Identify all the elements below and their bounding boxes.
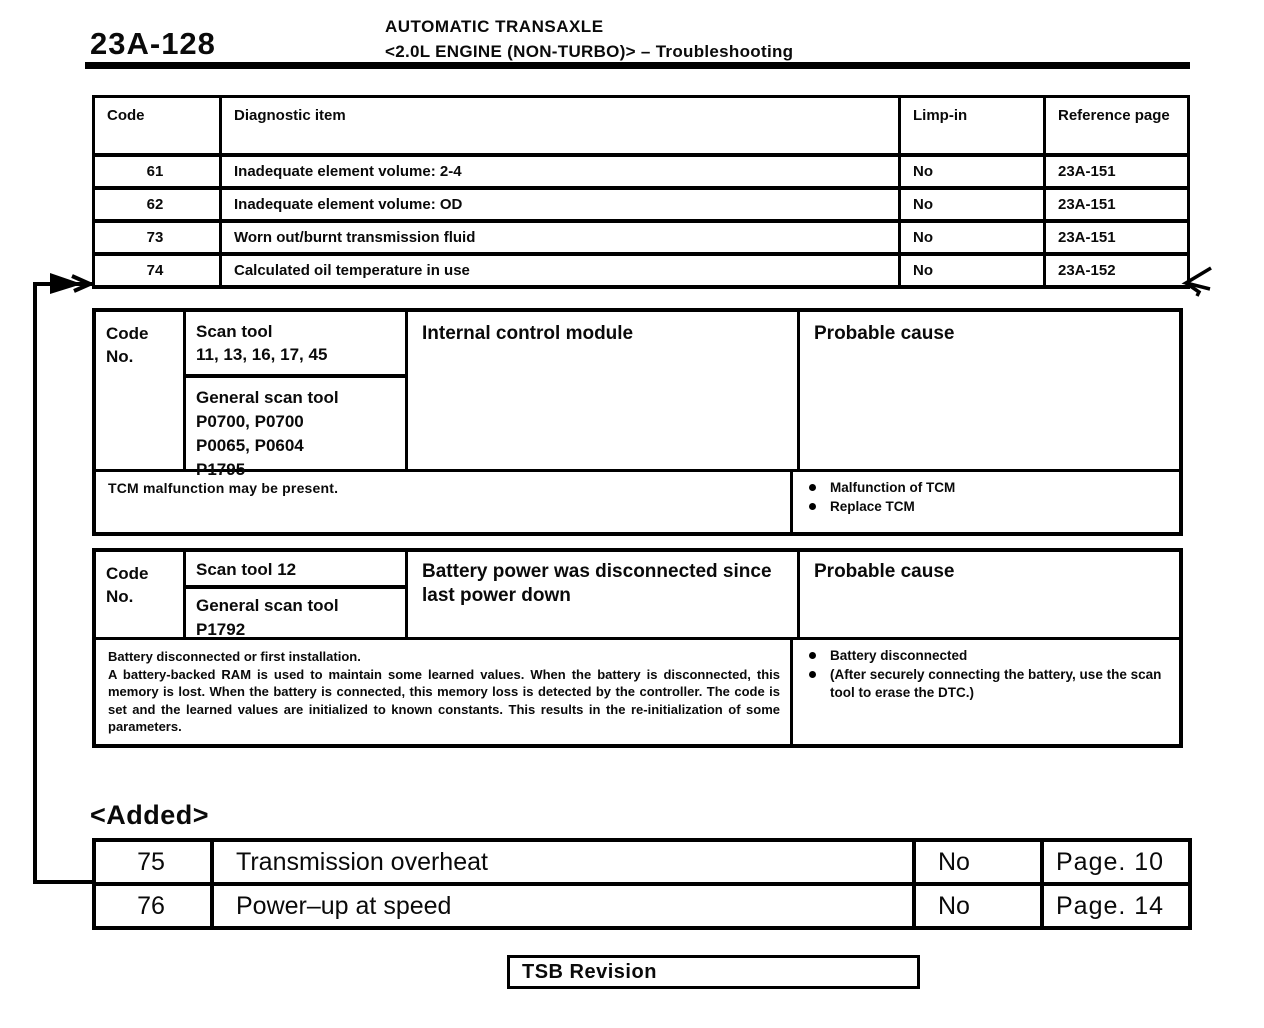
- item-cell: Power–up at speed: [212, 884, 914, 928]
- reference-cell: 23A-151: [1045, 188, 1189, 221]
- battery-note-line: Battery disconnected or first installati…: [108, 648, 780, 666]
- code-cell: 73: [94, 221, 221, 254]
- fault-title-cell: Battery power was disconnected since las…: [408, 552, 800, 637]
- code-cell: 74: [94, 254, 221, 287]
- reference-cell: 23A-152: [1045, 254, 1189, 287]
- tcm-note: TCM malfunction may be present.: [108, 480, 780, 496]
- tsb-revision-label: TSB Revision: [522, 961, 657, 984]
- bullet-icon: [809, 503, 816, 510]
- code-cell: 62: [94, 188, 221, 221]
- reference-cell: 23A-151: [1045, 221, 1189, 254]
- bullet-icon: [809, 652, 816, 659]
- code-cell: 61: [94, 155, 221, 188]
- battery-header-row: Code No. Scan tool 12 General scan tool …: [96, 552, 1179, 640]
- cause-text: Replace TCM: [830, 498, 915, 516]
- limp-in-cell: No: [914, 840, 1042, 884]
- reference-cell: 23A-151: [1045, 155, 1189, 188]
- general-scan-tool-label: General scan tool: [196, 386, 399, 410]
- cause-text: Battery disconnected: [830, 647, 967, 665]
- cause-item: Battery disconnected: [801, 647, 1169, 665]
- manual-page: 23A-128 AUTOMATIC TRANSAXLE <2.0L ENGINE…: [0, 0, 1264, 1028]
- tcm-header-row: Code No. Scan tool 11, 13, 16, 17, 45 Ge…: [96, 312, 1179, 472]
- general-code-line: P0700, P0700: [196, 410, 399, 434]
- limp-in-cell: No: [900, 188, 1045, 221]
- page-header: AUTOMATIC TRANSAXLE <2.0L ENGINE (NON-TU…: [385, 17, 793, 62]
- col-header-reference: Reference page: [1045, 97, 1189, 155]
- battery-fault-table: Code No. Scan tool 12 General scan tool …: [92, 548, 1183, 748]
- fault-title: Battery power was disconnected since las…: [408, 552, 797, 608]
- scan-tool-label: Scan tool: [196, 320, 399, 343]
- battery-note-paragraph: A battery-backed RAM is used to maintain…: [108, 666, 780, 736]
- cause-text: Malfunction of TCM: [830, 479, 955, 497]
- annotation-bracket: [35, 273, 92, 882]
- cause-item: Malfunction of TCM: [801, 479, 1169, 497]
- col-header-code: Code: [94, 97, 221, 155]
- tcm-fault-table: Code No. Scan tool 11, 13, 16, 17, 45 Ge…: [92, 308, 1183, 536]
- bullet-icon: [809, 484, 816, 491]
- table-row: 75 Transmission overheat No Page. 10: [94, 840, 1190, 884]
- item-cell: Inadequate element volume: OD: [221, 188, 900, 221]
- table-row: 74 Calculated oil temperature in use No …: [94, 254, 1189, 287]
- item-cell: Transmission overheat: [212, 840, 914, 884]
- probable-cause-cell: Probable cause: [800, 552, 1179, 637]
- diagnostic-code-table: Code Diagnostic item Limp-in Reference p…: [92, 95, 1190, 289]
- cause-list: Battery disconnected (After securely con…: [801, 647, 1169, 702]
- reference-cell: Page. 14: [1042, 884, 1190, 928]
- bullet-icon: [809, 671, 816, 678]
- table-row: 61 Inadequate element volume: 2-4 No 23A…: [94, 155, 1189, 188]
- page-number: 23A-128: [90, 26, 216, 62]
- col-header-item: Diagnostic item: [221, 97, 900, 155]
- probable-cause-label: Probable cause: [800, 552, 1179, 584]
- header-rule: [85, 62, 1190, 69]
- limp-in-cell: No: [900, 221, 1045, 254]
- limp-in-cell: No: [900, 254, 1045, 287]
- scan-tool-label: Scan tool 12: [196, 558, 399, 581]
- battery-causes-cell: Battery disconnected (After securely con…: [793, 640, 1179, 744]
- tcm-causes-cell: Malfunction of TCM Replace TCM: [793, 472, 1179, 532]
- header-title: AUTOMATIC TRANSAXLE: [385, 17, 793, 37]
- col-header-limp-in: Limp-in: [900, 97, 1045, 155]
- item-cell: Worn out/burnt transmission fluid: [221, 221, 900, 254]
- fault-title-cell: Internal control module: [408, 312, 800, 469]
- limp-in-cell: No: [900, 155, 1045, 188]
- tcm-detail-row: TCM malfunction may be present. Malfunct…: [96, 472, 1179, 532]
- item-cell: Inadequate element volume: 2-4: [221, 155, 900, 188]
- arrow-chevron-icon: [72, 276, 90, 291]
- code-cell: 76: [94, 884, 212, 928]
- code-no-cell: Code No.: [96, 552, 186, 637]
- battery-note-cell: Battery disconnected or first installati…: [96, 640, 793, 744]
- header-subtitle: <2.0L ENGINE (NON-TURBO)> – Troubleshoot…: [385, 42, 793, 62]
- fault-title: Internal control module: [408, 312, 797, 346]
- battery-detail-row: Battery disconnected or first installati…: [96, 640, 1179, 744]
- cause-item: Replace TCM: [801, 498, 1169, 516]
- table-row: 76 Power–up at speed No Page. 14: [94, 884, 1190, 928]
- tcm-note-cell: TCM malfunction may be present.: [96, 472, 793, 532]
- code-cell: 75: [94, 840, 212, 884]
- general-scan-tool-label: General scan tool: [196, 594, 399, 618]
- probable-cause-label: Probable cause: [800, 312, 1179, 346]
- table-row: 73 Worn out/burnt transmission fluid No …: [94, 221, 1189, 254]
- cause-item: (After securely connecting the battery, …: [801, 666, 1169, 702]
- item-cell: Calculated oil temperature in use: [221, 254, 900, 287]
- general-code-line: P1792: [196, 618, 399, 642]
- code-no-cell: Code No.: [96, 312, 186, 469]
- cause-text: (After securely connecting the battery, …: [830, 666, 1169, 702]
- scan-tool-cell: Scan tool 12 General scan tool P1792: [186, 552, 408, 637]
- scan-tool-cell: Scan tool 11, 13, 16, 17, 45 General sca…: [186, 312, 408, 469]
- scan-tool-codes: Scan tool 11, 13, 16, 17, 45: [186, 312, 405, 378]
- probable-cause-cell: Probable cause: [800, 312, 1179, 469]
- table-header-row: Code Diagnostic item Limp-in Reference p…: [94, 97, 1189, 155]
- general-code-line: P0065, P0604: [196, 434, 399, 458]
- cause-list: Malfunction of TCM Replace TCM: [801, 479, 1169, 516]
- reference-cell: Page. 10: [1042, 840, 1190, 884]
- scan-tool-codes: Scan tool 12: [186, 552, 405, 589]
- added-codes-table: 75 Transmission overheat No Page. 10 76 …: [92, 838, 1192, 930]
- added-section-label: <Added>: [90, 800, 209, 831]
- limp-in-cell: No: [914, 884, 1042, 928]
- tsb-revision-box: TSB Revision: [507, 955, 920, 989]
- arrow-right-icon: [50, 273, 82, 294]
- table-row: 62 Inadequate element volume: OD No 23A-…: [94, 188, 1189, 221]
- scan-tool-code-list: 11, 13, 16, 17, 45: [196, 343, 399, 366]
